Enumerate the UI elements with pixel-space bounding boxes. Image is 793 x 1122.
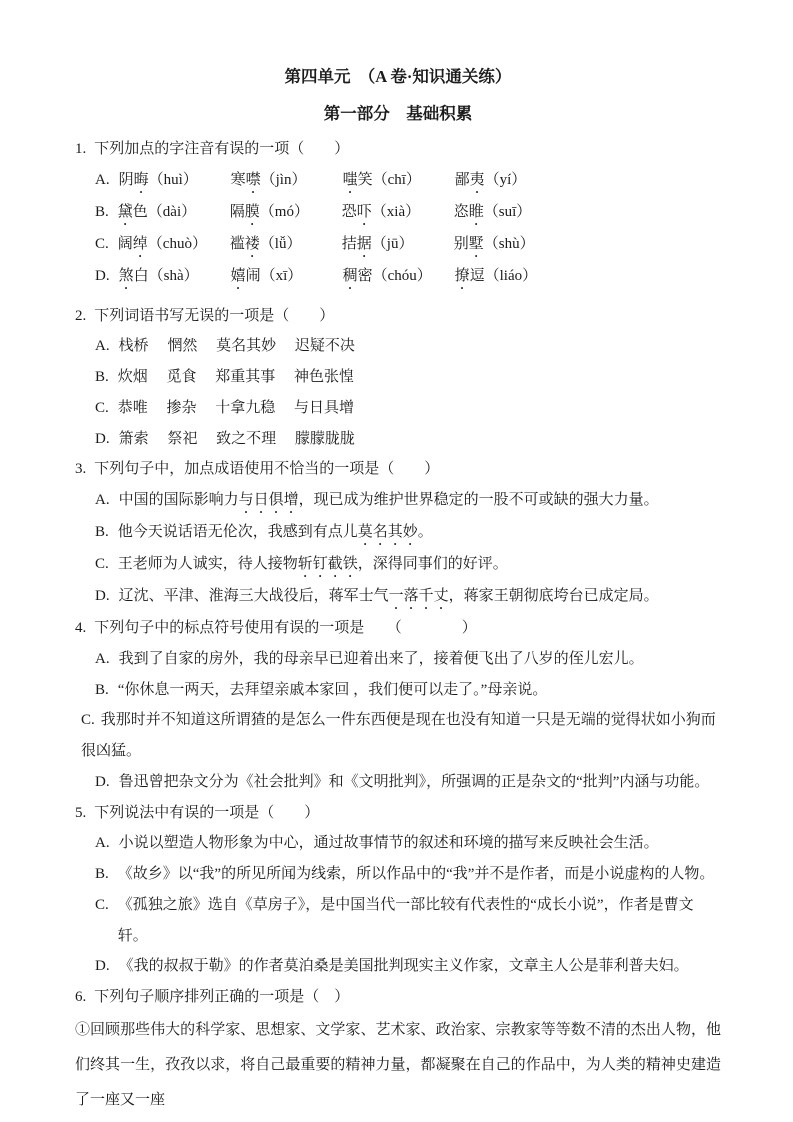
question-5-stem: 5. 下列说法中有误的一项是（ ） [75, 798, 721, 829]
question-1: 1. 下列加点的字注音有误的一项（ ） A. 阴晦（huì）寒噤（jìn）嗤笑（… [75, 134, 721, 293]
question-5: 5. 下列说法中有误的一项是（ ） A. 小说以塑造人物形象为中心，通过故事情节… [75, 798, 721, 983]
q5-option-a: A. 小说以塑造人物形象为中心，通过故事情节的叙述和环境的描写来反映社会生活。 [75, 828, 721, 859]
word-pinyin: 阴晦（huì） [119, 165, 231, 197]
q3-option-a: A. 中国的国际影响力与日俱增，现已成为维护世界稳定的一股不可或缺的强大力量。 [75, 485, 721, 517]
option-text: 小说以塑造人物形象为中心，通过故事情节的叙述和环境的描写来反映社会生活。 [119, 828, 721, 859]
question-6: 6. 下列句子顺序排列正确的一项是（ ） [75, 982, 721, 1013]
option-text: 阔绰（chuò）褴褛（lǚ）拮据（jū）别墅（shù） [118, 229, 721, 261]
question-3-stem: 3. 下列句子中，加点成语使用不恰当的一项是（ ） [75, 454, 721, 485]
option-label: C. [95, 229, 109, 261]
option-label: D. [95, 261, 110, 293]
q2-option-c: C. 恭唯 掺杂 十拿九稳 与日具增 [75, 393, 721, 424]
numbered-sentence-1: ①回顾那些伟大的科学家、思想家、文学家、艺术家、政治家、宗教家等等数不清的杰出人… [75, 1013, 721, 1119]
word-pinyin: 嗤笑（chī） [343, 165, 455, 197]
question-stem-text: 下列句子中，加点成语使用不恰当的一项是（ ） [94, 454, 439, 485]
q2-option-b: B. 炊烟 觅食 郑重其事 神色张惶 [75, 362, 721, 393]
option-text: 箫索 祭祀 致之不理 朦朦胧胧 [119, 424, 721, 455]
option-label: C. [81, 712, 95, 728]
question-stem-text: 下列说法中有误的一项是（ ） [94, 798, 319, 829]
option-label: D. [95, 951, 110, 982]
question-number: 5. [75, 798, 86, 829]
word-pinyin: 嬉闹（xī） [231, 261, 343, 293]
question-stem-text: 下列句子顺序排列正确的一项是（ ） [94, 982, 349, 1013]
word-pinyin: 别墅（shù） [454, 229, 535, 261]
option-text: 我到了自家的房外，我的母亲早已迎着出来了，接着便飞出了八岁的侄儿宏儿。 [119, 644, 721, 675]
option-text: 《我的叔叔于勒》的作者莫泊桑是美国批判现实主义作家，文章主人公是菲利普夫妇。 [119, 951, 721, 982]
option-text: 黛色（dài）隔膜（mó）恐吓（xià）恣睢（suī） [118, 197, 721, 229]
option-label: B. [95, 197, 109, 229]
word-pinyin: 褴褛（lǚ） [230, 229, 342, 261]
word-pinyin: 寒噤（jìn） [231, 165, 343, 197]
question-4: 4. 下列句子中的标点符号使用有误的一项是 （ ） A. 我到了自家的房外，我的… [75, 613, 721, 798]
question-number: 4. [75, 613, 86, 644]
option-label: C. [95, 890, 109, 952]
q3-option-d: D. 辽沈、平津、淮海三大战役后，蒋军士气一落千丈，蒋家王朝彻底垮台已成定局。 [75, 581, 721, 613]
question-3: 3. 下列句子中，加点成语使用不恰当的一项是（ ） A. 中国的国际影响力与日俱… [75, 454, 721, 613]
option-label: D. [95, 581, 110, 613]
q2-option-a: A. 栈桥 惘然 莫名其妙 迟疑不决 [75, 331, 721, 362]
q5-option-c: C. 《孤独之旅》选自《草房子》，是中国当代一部比较有代表性的“成长小说”，作者… [75, 890, 721, 952]
option-label: B. [95, 675, 109, 706]
option-text: 炊烟 觅食 郑重其事 神色张惶 [118, 362, 721, 393]
option-text: 鲁迅曾把杂文分为《社会批判》和《文明批判》，所强调的正是杂文的“批判”内涵与功能… [119, 767, 721, 798]
option-label: C. [95, 393, 109, 424]
q1-option-a: A. 阴晦（huì）寒噤（jìn）嗤笑（chī）鄙夷（yí） [75, 165, 721, 197]
word-pinyin: 黛色（dài） [118, 197, 230, 229]
question-stem-text: 下列加点的字注音有误的一项（ ） [94, 134, 349, 165]
word-pinyin: 稠密（chóu） [343, 261, 455, 293]
option-label: B. [95, 859, 109, 890]
word-pinyin: 恣睢（suī） [454, 197, 532, 229]
option-text: 辽沈、平津、淮海三大战役后，蒋军士气一落千丈，蒋家王朝彻底垮台已成定局。 [119, 581, 721, 613]
option-label: D. [95, 767, 110, 798]
option-text: 《故乡》以“我”的所见所闻为线索，所以作品中的“我”并不是作者，而是小说虚构的人… [118, 859, 721, 890]
option-label: A. [95, 165, 110, 197]
option-label: A. [95, 485, 110, 517]
section-heading: 第一部分 基础积累 [75, 101, 721, 127]
word-pinyin: 恐吓（xià） [342, 197, 454, 229]
option-label: A. [95, 331, 110, 362]
question-number: 1. [75, 134, 86, 165]
option-label: A. [95, 828, 110, 859]
question-1-stem: 1. 下列加点的字注音有误的一项（ ） [75, 134, 721, 165]
option-label: B. [95, 362, 109, 393]
question-4-stem: 4. 下列句子中的标点符号使用有误的一项是 （ ） [75, 613, 721, 644]
q1-option-d: D. 煞白（shà）嬉闹（xī）稠密（chóu）撩逗（liáo） [75, 261, 721, 293]
q5-option-b: B. 《故乡》以“我”的所见所闻为线索，所以作品中的“我”并不是作者，而是小说虚… [75, 859, 721, 890]
option-label: C. [95, 549, 109, 581]
word-pinyin: 煞白（shà） [119, 261, 231, 293]
option-text: 煞白（shà）嬉闹（xī）稠密（chóu）撩逗（liáo） [119, 261, 721, 293]
question-stem-text: 下列词语书写无误的一项是（ ） [94, 301, 334, 332]
q2-option-d: D. 箫索 祭祀 致之不理 朦朦胧胧 [75, 424, 721, 455]
q4-option-a: A. 我到了自家的房外，我的母亲早已迎着出来了，接着便飞出了八岁的侄儿宏儿。 [75, 644, 721, 675]
question-2: 2. 下列词语书写无误的一项是（ ） A. 栈桥 惘然 莫名其妙 迟疑不决 B.… [75, 301, 721, 455]
option-text: 《孤独之旅》选自《草房子》，是中国当代一部比较有代表性的“成长小说”，作者是曹文… [118, 890, 721, 952]
option-label: D. [95, 424, 110, 455]
document-page: 第四单元 （A 卷·知识通关练） 第一部分 基础积累 1. 下列加点的字注音有误… [0, 0, 793, 1122]
q3-option-c: C. 王老师为人诚实，待人接物斩钉截铁，深得同事们的好评。 [75, 549, 721, 581]
q5-option-d: D. 《我的叔叔于勒》的作者莫泊桑是美国批判现实主义作家，文章主人公是菲利普夫妇… [75, 951, 721, 982]
q4-option-c: C.我那时并不知道这所谓猹的是怎么一件东西便是现在也没有知道一只是无端的觉得状如… [75, 705, 721, 767]
word-pinyin: 阔绰（chuò） [118, 229, 230, 261]
question-2-stem: 2. 下列词语书写无误的一项是（ ） [75, 301, 721, 332]
question-stem-text: 下列句子中的标点符号使用有误的一项是 （ ） [94, 613, 477, 644]
q1-option-c: C. 阔绰（chuò）褴褛（lǚ）拮据（jū）别墅（shù） [75, 229, 721, 261]
word-pinyin: 隔膜（mó） [230, 197, 342, 229]
option-text: “你休息一两天，去拜望亲戚本家回 ，我们便可以走了。”母亲说。 [118, 675, 721, 706]
question-number: 6. [75, 982, 86, 1013]
option-label: B. [95, 517, 109, 549]
question-number: 2. [75, 301, 86, 332]
word-pinyin: 撩逗（liáo） [455, 261, 538, 293]
q4-option-b: B. “你休息一两天，去拜望亲戚本家回 ，我们便可以走了。”母亲说。 [75, 675, 721, 706]
option-text: 阴晦（huì）寒噤（jìn）嗤笑（chī）鄙夷（yí） [119, 165, 721, 197]
question-number: 3. [75, 454, 86, 485]
option-text: 恭唯 掺杂 十拿九稳 与日具增 [118, 393, 721, 424]
option-text: 他今天说话语无伦次，我感到有点儿莫名其妙。 [118, 517, 721, 549]
option-text: 中国的国际影响力与日俱增，现已成为维护世界稳定的一股不可或缺的强大力量。 [119, 485, 721, 517]
option-text: 王老师为人诚实，待人接物斩钉截铁，深得同事们的好评。 [118, 549, 721, 581]
option-text: 我那时并不知道这所谓猹的是怎么一件东西便是现在也没有知道一只是无端的觉得状如小狗… [81, 712, 716, 759]
doc-title: 第四单元 （A 卷·知识通关练） [75, 64, 721, 90]
q4-option-d: D. 鲁迅曾把杂文分为《社会批判》和《文明批判》，所强调的正是杂文的“批判”内涵… [75, 767, 721, 798]
q3-option-b: B. 他今天说话语无伦次，我感到有点儿莫名其妙。 [75, 517, 721, 549]
question-6-stem: 6. 下列句子顺序排列正确的一项是（ ） [75, 982, 721, 1013]
option-text: 栈桥 惘然 莫名其妙 迟疑不决 [119, 331, 721, 362]
word-pinyin: 拮据（jū） [342, 229, 454, 261]
option-label: A. [95, 644, 110, 675]
word-pinyin: 鄙夷（yí） [455, 165, 527, 197]
q1-option-b: B. 黛色（dài）隔膜（mó）恐吓（xià）恣睢（suī） [75, 197, 721, 229]
